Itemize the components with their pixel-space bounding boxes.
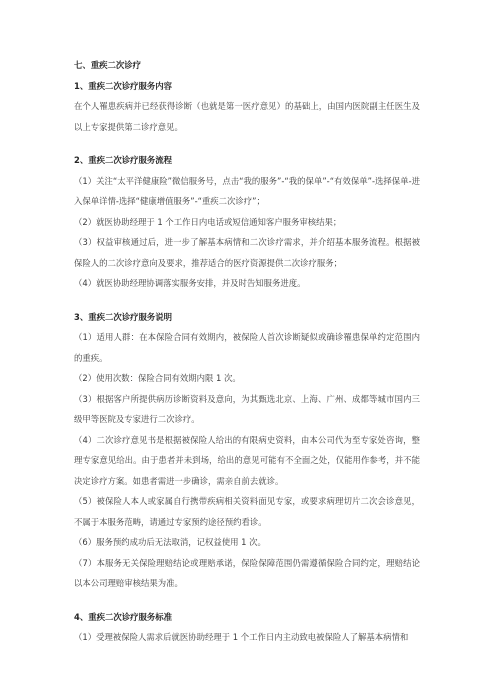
- paragraph: 在个人罹患疾病并已经获得诊断（也就是第一医疗意见）的基础上，由国内医院副主任医生…: [74, 96, 420, 137]
- document-page: 七、重疾二次诊疗 1、重疾二次诊疗服务内容 在个人罹患疾病并已经获得诊断（也就是…: [0, 0, 495, 700]
- list-item: （3）根据客户所提供病历诊断资料及意向，为其甄选北京、上海、广州、成都等城市国内…: [74, 389, 420, 430]
- list-item: （7）本服务无关保险理赔结论或理赔承诺，保险保障范围仍需遵循保险合同约定，理赔结…: [74, 553, 420, 594]
- list-item: （2）使用次数：保险合同有效期内限 1 次。: [74, 368, 420, 389]
- list-item: （4）二次诊疗意见书是根据被保险人给出的有限病史资料，由本公司代为至专家处咨询，…: [74, 430, 420, 492]
- list-item: （6）服务预约成功后无法取消，记权益使用 1 次。: [74, 532, 420, 553]
- chapter-title: 七、重疾二次诊疗: [74, 55, 420, 76]
- list-item: （4）就医协助经理协调落实服务安排，并及时告知服务进度。: [74, 273, 420, 294]
- list-item: （1）受理被保险人需求后就医协助经理于 1 个工作日内主动致电被保险人了解基本病…: [74, 627, 420, 648]
- list-item: （5）被保险人本人或家属自行携带疾病相关资料面见专家，或要求病理切片二次会诊意见…: [74, 491, 420, 532]
- section-title: 3、重疾二次诊疗服务说明: [74, 307, 420, 328]
- section-title: 4、重疾二次诊疗服务标准: [74, 607, 420, 628]
- document-content: 七、重疾二次诊疗 1、重疾二次诊疗服务内容 在个人罹患疾病并已经获得诊断（也就是…: [74, 55, 420, 648]
- section-service-standard: 4、重疾二次诊疗服务标准 （1）受理被保险人需求后就医协助经理于 1 个工作日内…: [74, 607, 420, 648]
- list-item: （2）就医协助经理于 1 个工作日内电话或短信通知客户服务审核结果；: [74, 212, 420, 233]
- section-title: 2、重疾二次诊疗服务流程: [74, 150, 420, 171]
- list-item: （1）关注“太平洋健康险”微信服务号，点击“我的服务”-“我的保单”-“有效保单…: [74, 171, 420, 212]
- section-service-content: 1、重疾二次诊疗服务内容 在个人罹患疾病并已经获得诊断（也就是第一医疗意见）的基…: [74, 76, 420, 138]
- section-title: 1、重疾二次诊疗服务内容: [74, 76, 420, 97]
- section-service-process: 2、重疾二次诊疗服务流程 （1）关注“太平洋健康险”微信服务号，点击“我的服务”…: [74, 150, 420, 294]
- list-item: （3）权益审核通过后，进一步了解基本病情和二次诊疗需求，并介绍基本服务流程。根据…: [74, 232, 420, 273]
- list-item: （1）适用人群：在本保险合同有效期内，被保险人首次诊断疑似或确诊罹患保单约定范围…: [74, 327, 420, 368]
- section-service-description: 3、重疾二次诊疗服务说明 （1）适用人群：在本保险合同有效期内，被保险人首次诊断…: [74, 307, 420, 594]
